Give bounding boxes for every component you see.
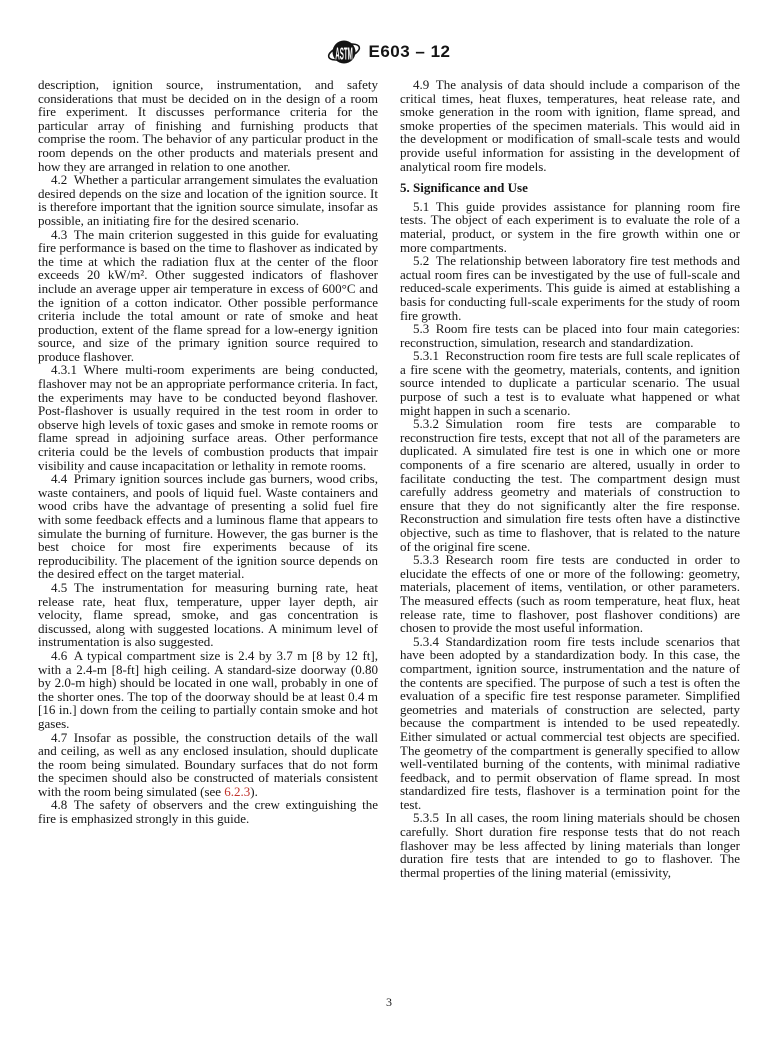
paragraph-4-7: 4.7 Insofar as possible, the constructio… [38, 731, 378, 799]
document-header: ASTM E603 – 12 [0, 0, 778, 68]
paragraph-5-1: 5.1 This guide provides assistance for p… [400, 200, 740, 254]
paragraph-4-8: 4.8 The safety of observers and the crew… [38, 798, 378, 825]
paragraph-continuation: description, ignition source, instrument… [38, 78, 378, 173]
document-code: E603 – 12 [368, 42, 450, 62]
paragraph-4-5: 4.5 The instrumentation for measuring bu… [38, 581, 378, 649]
page-footer: 3 [0, 995, 778, 1010]
paragraph-5-3-4: 5.3.4 Standardization room fire tests in… [400, 635, 740, 812]
document-page: ASTM E603 – 12 description, ignition sou… [0, 0, 778, 1041]
astm-seal-icon: ASTM [327, 37, 361, 67]
paragraph-4-3: 4.3 The main criterion suggested in this… [38, 228, 378, 364]
paragraph-5-3-2: 5.3.2 Simulation room fire tests are com… [400, 417, 740, 553]
paragraph-4-2: 4.2 Whether a particular arrangement sim… [38, 173, 378, 227]
document-body: description, ignition source, instrument… [0, 68, 778, 879]
paragraph-5-2: 5.2 The relationship between laboratory … [400, 254, 740, 322]
page-number: 3 [386, 995, 392, 1009]
svg-text:ASTM: ASTM [336, 43, 354, 63]
paragraph-5-3-3: 5.3.3 Research room fire tests are condu… [400, 553, 740, 635]
right-column: 4.9 The analysis of data should include … [400, 78, 740, 879]
paragraph-5-3-1: 5.3.1 Reconstruction room fire tests are… [400, 349, 740, 417]
paragraph-4-6: 4.6 A typical compartment size is 2.4 by… [38, 649, 378, 731]
section-heading-significance-and-use: 5. Significance and Use [400, 181, 740, 195]
paragraph-4-7-text: 4.7 Insofar as possible, the constructio… [38, 730, 378, 799]
left-column: description, ignition source, instrument… [38, 78, 378, 879]
paragraph-5-3-5: 5.3.5 In all cases, the room lining mate… [400, 811, 740, 879]
paragraph-4-4: 4.4 Primary ignition sources include gas… [38, 472, 378, 581]
paragraph-4-9: 4.9 The analysis of data should include … [400, 78, 740, 173]
paragraph-4-3-1: 4.3.1 Where multi-room experiments are b… [38, 363, 378, 472]
paragraph-5-3: 5.3 Room fire tests can be placed into f… [400, 322, 740, 349]
